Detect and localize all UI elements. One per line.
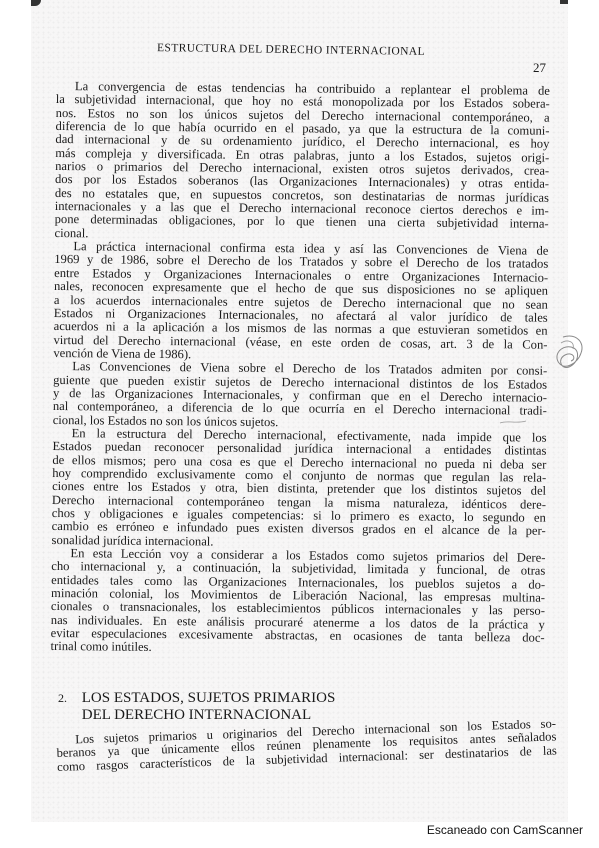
section-heading: 2. LOS ESTADOS, SUJETOS PRIMARIOS DEL DE… [58, 690, 408, 724]
paragraph: La práctica internacional confirma esta … [53, 240, 548, 365]
paragraph: Las Convenciones de Viena sobre el Derec… [53, 360, 548, 431]
section-title: LOS ESTADOS, SUJETOS PRIMARIOS DEL DEREC… [82, 690, 336, 724]
paragraph: En la estructura del Derecho internacion… [52, 427, 547, 552]
section-title-line: DEL DERECHO INTERNACIONAL [82, 707, 336, 724]
section-number: 2. [58, 690, 78, 707]
section-title-line: LOS ESTADOS, SUJETOS PRIMARIOS [82, 690, 336, 707]
body-text: La convergencia de estas tendencias ha c… [50, 80, 549, 658]
scan-corner-shadow [560, 0, 568, 4]
paragraph: La convergencia de estas tendencias ha c… [54, 80, 550, 245]
pencil-scribble-icon [553, 333, 587, 375]
paragraph: En esta Lección voy a considerar a los E… [50, 547, 545, 658]
page-number: 27 [533, 60, 546, 76]
scanner-watermark: Escaneado con CamScanner [427, 823, 583, 837]
pencil-mark-icon [498, 419, 528, 425]
